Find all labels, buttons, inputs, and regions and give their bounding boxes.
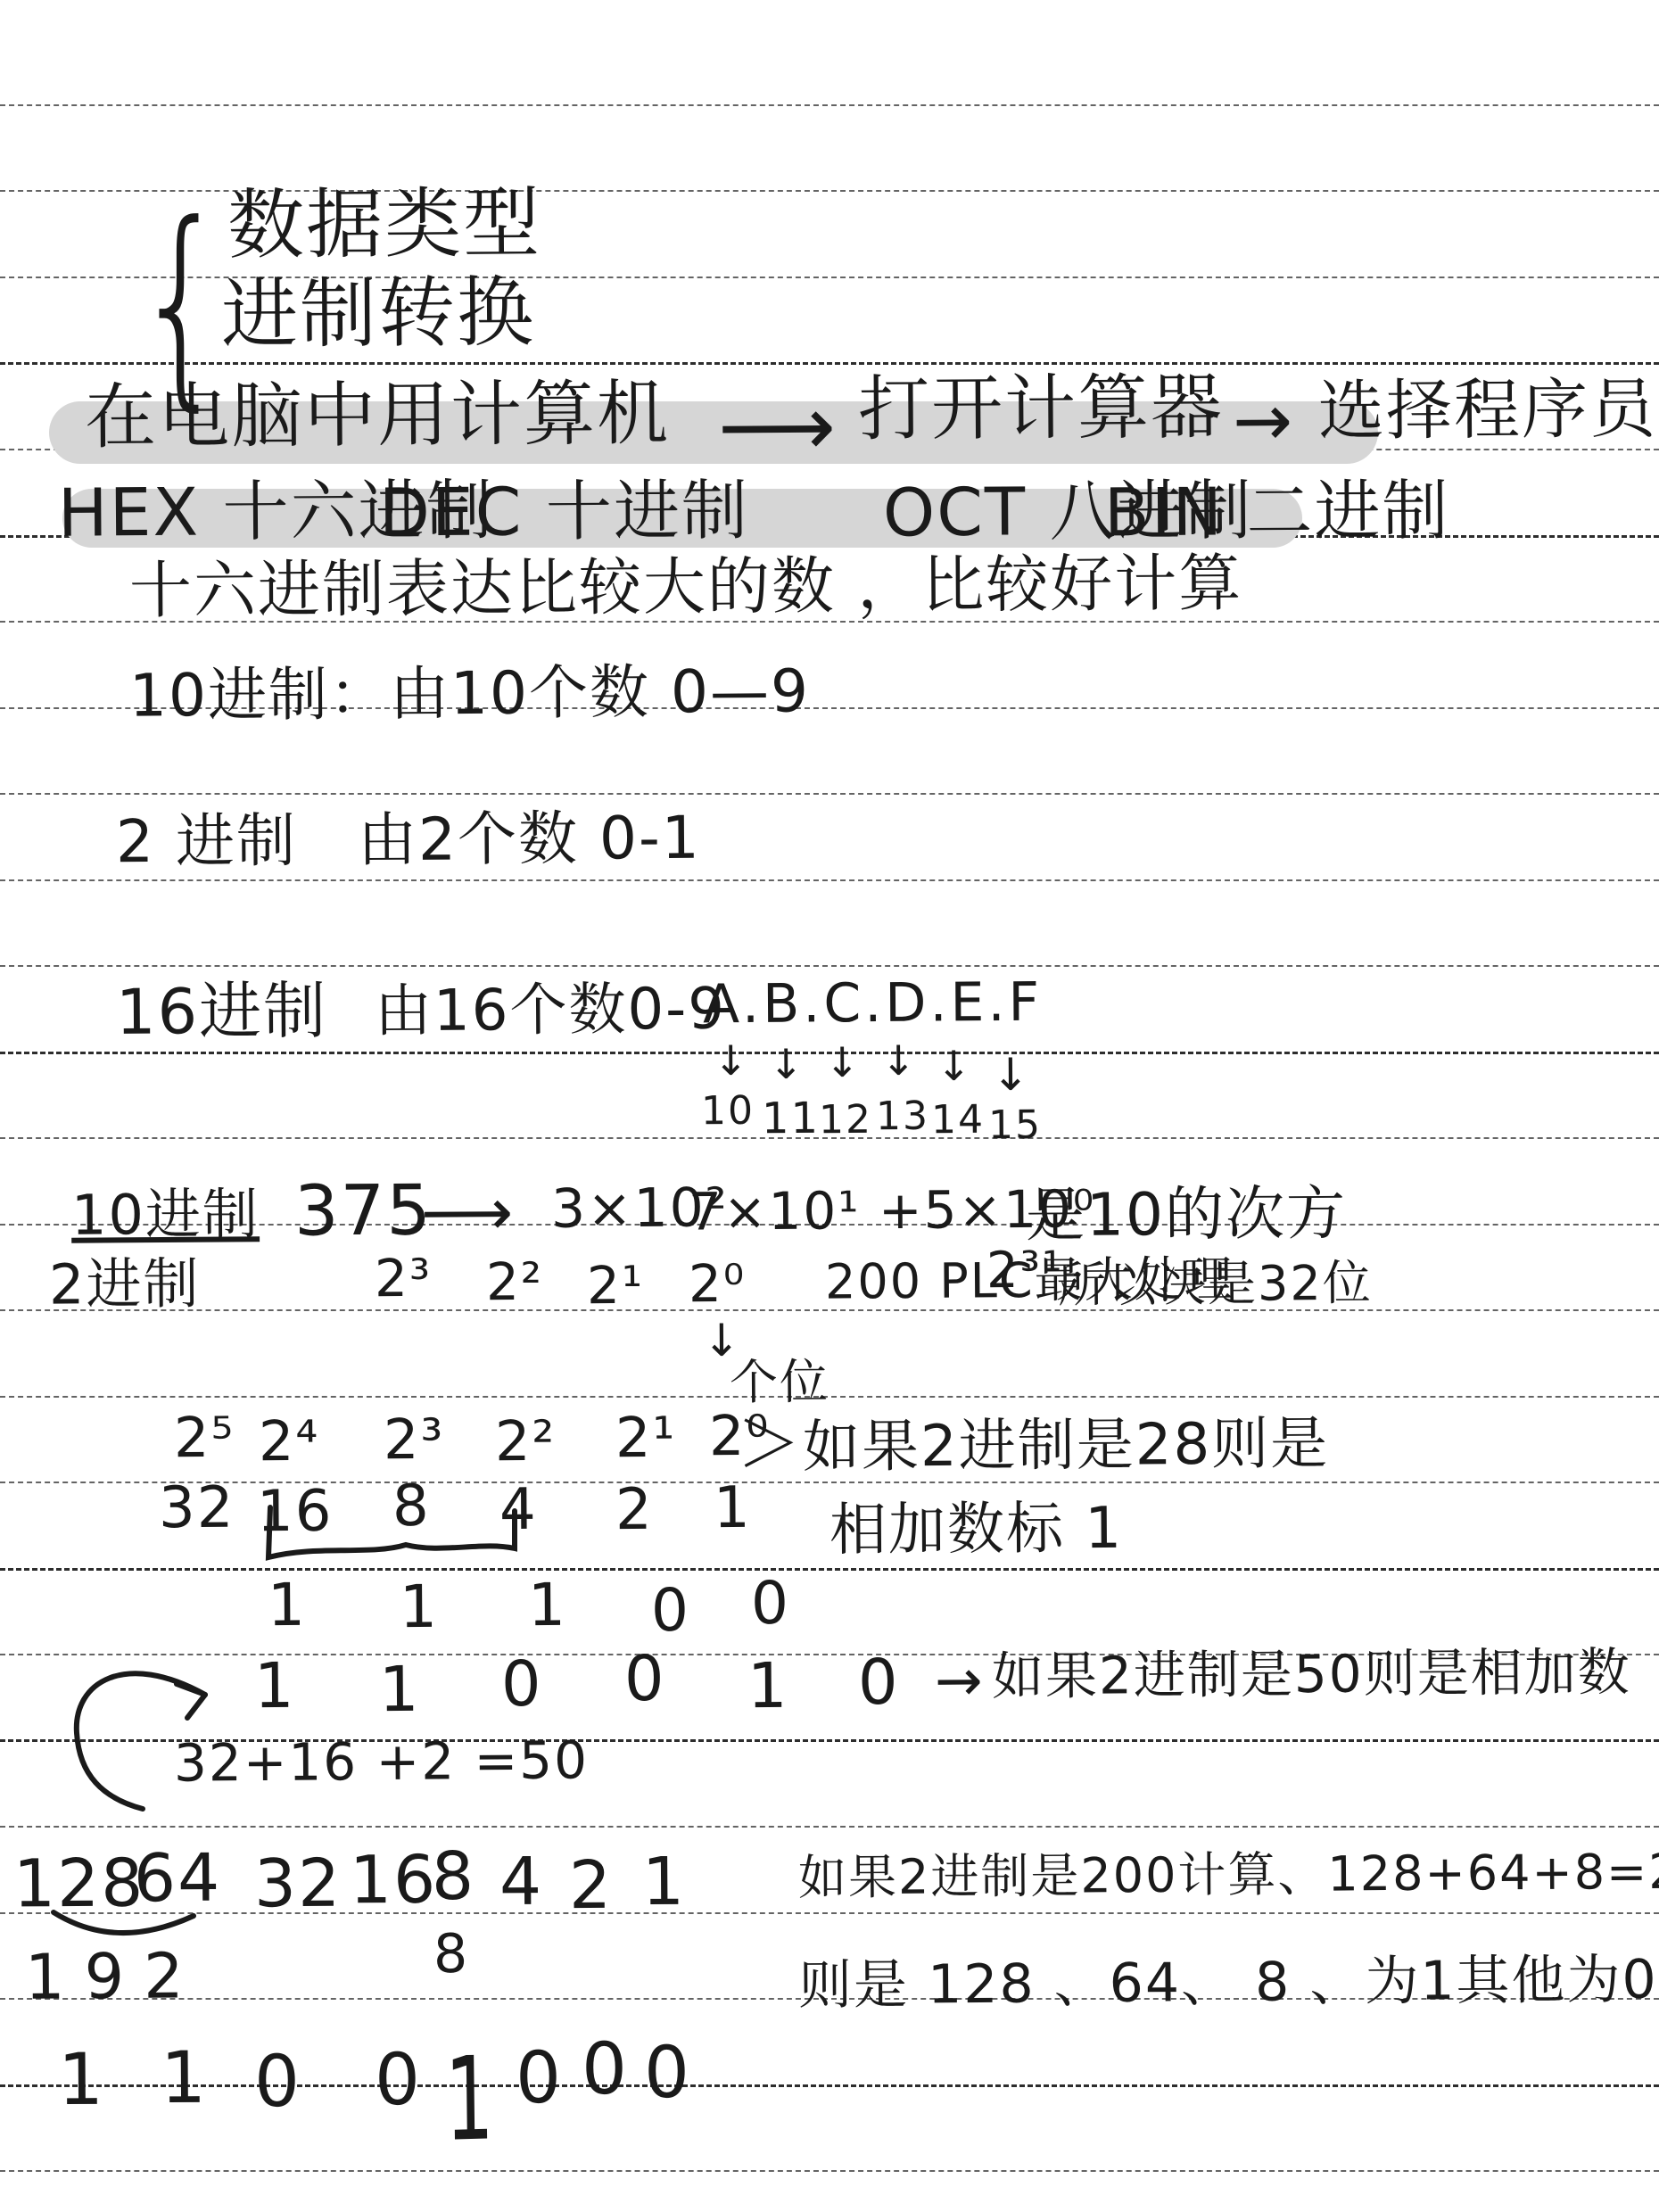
base16-letters: A.B.C.D.E.F bbox=[703, 973, 1043, 1035]
bit-50: 0 bbox=[501, 1650, 543, 1719]
ruled-line bbox=[0, 1826, 1659, 1828]
long-arrow-icon: ⟶ bbox=[718, 382, 838, 473]
ruled-line bbox=[0, 1568, 1659, 1571]
hex-letter-value: 15 bbox=[988, 1104, 1042, 1148]
down-arrow-icon: ↓ bbox=[825, 1040, 862, 1085]
workflow-step-programmer-mode: 选择程序员 bbox=[1318, 374, 1658, 449]
hex-letter-value: 11 bbox=[762, 1095, 820, 1143]
down-arrow-icon: ↓ bbox=[769, 1042, 805, 1087]
bit-200: 1 bbox=[58, 2041, 106, 2119]
dec-example-note: 是10的次方 bbox=[1026, 1182, 1347, 1249]
bit-50: 1 bbox=[747, 1652, 789, 1721]
sub-8: 8 bbox=[433, 1925, 470, 1984]
bin-power: 2¹ bbox=[587, 1258, 645, 1315]
sum-192: 192 bbox=[25, 1942, 203, 2011]
plc-power: 2³¹ bbox=[986, 1243, 1064, 1299]
bit-50: 1 bbox=[379, 1655, 421, 1724]
ruled-line bbox=[0, 879, 1659, 881]
weight-header: 32 bbox=[254, 1848, 343, 1921]
hex-letter-value: 14 bbox=[931, 1099, 985, 1143]
bit-200: 0 bbox=[375, 2041, 423, 2119]
plc-note-2: 所以决是32位 bbox=[1058, 1257, 1373, 1312]
weight-header: 4 bbox=[499, 1846, 544, 1919]
base-bin-label: BIN 二进制 bbox=[1104, 475, 1450, 550]
outline-item-data-types: 数据类型 bbox=[227, 182, 542, 268]
pow2-header: 2⁵ bbox=[174, 1407, 235, 1469]
angle-mark: ＞ bbox=[737, 1409, 804, 1481]
dec-example-label: 10进制 bbox=[71, 1184, 260, 1246]
ruled-line bbox=[0, 1912, 1659, 1914]
bit-200: 0 bbox=[254, 2043, 302, 2121]
bin-power: 2³ bbox=[375, 1250, 433, 1308]
bit-50: 0 bbox=[624, 1645, 666, 1713]
ruled-line bbox=[0, 793, 1659, 795]
bit-28: 0 bbox=[751, 1572, 791, 1637]
bit-50: 0 bbox=[858, 1648, 900, 1717]
weight-header: 8 bbox=[432, 1841, 476, 1914]
pow2-header: 2¹ bbox=[615, 1407, 677, 1469]
note-28-line2: 相加数标 1 bbox=[829, 1498, 1124, 1563]
base-dec-label: DEC 十进制 bbox=[379, 475, 749, 550]
ruled-line bbox=[0, 362, 1659, 365]
note-50: 如果2进制是50则是相加数 bbox=[992, 1644, 1631, 1705]
workflow-step-open-calculator: 打开计算器 bbox=[858, 368, 1225, 450]
weight-header: 16 bbox=[350, 1845, 438, 1918]
pow2-header: 2⁴ bbox=[259, 1411, 320, 1473]
sum-50: 32+16 +2 =50 bbox=[174, 1732, 589, 1792]
page: { "page": { "bg": "#ffffff", "ink": "#1a… bbox=[0, 0, 1659, 2212]
bin-row-label: 2进制 bbox=[49, 1253, 201, 1315]
outline-item-base-conversion: 进制转换 bbox=[221, 271, 536, 358]
hex-letter-value: 13 bbox=[876, 1095, 929, 1139]
note-28-line1: 如果2进制是28则是 bbox=[803, 1413, 1330, 1480]
hex-letter-value: 12 bbox=[819, 1099, 872, 1143]
ruled-line bbox=[0, 1482, 1659, 1483]
ruled-line bbox=[0, 104, 1659, 106]
arrow-icon: → bbox=[935, 1650, 985, 1713]
down-arrow-icon: ↓ bbox=[714, 1038, 750, 1084]
bit-200-tall: 1 bbox=[444, 2036, 496, 2164]
weight-header: 2 bbox=[569, 1850, 614, 1923]
weight-header: 1 bbox=[642, 1846, 687, 1919]
ruled-line bbox=[0, 2170, 1659, 2172]
note-200-line1: 如果2进制是200计算、128+64+8=200 bbox=[798, 1845, 1659, 1904]
bit-28: 1 bbox=[268, 1573, 308, 1638]
bit-200: 1 bbox=[161, 2039, 209, 2117]
bit-50: 1 bbox=[254, 1652, 296, 1721]
hex-letter-value: 10 bbox=[701, 1090, 755, 1134]
bit-200: 0 bbox=[644, 2034, 692, 2112]
note-200-line2: 则是 128 、64、 8 、为1其他为0 bbox=[798, 1951, 1658, 2016]
pow2-value: 32 bbox=[159, 1477, 235, 1540]
pow2-header: 2³ bbox=[384, 1409, 445, 1471]
down-arrow-icon: ↓ bbox=[937, 1044, 973, 1089]
bit-200: 0 bbox=[516, 2039, 564, 2117]
bit-28: 1 bbox=[528, 1573, 568, 1638]
ruled-line bbox=[0, 2084, 1659, 2087]
bin-power: 2⁰ bbox=[689, 1256, 747, 1313]
workflow-step-computer: 在电脑中用计算机 bbox=[85, 375, 671, 458]
ones-place-label: 个位 bbox=[730, 1356, 829, 1409]
arrow-icon: → bbox=[1233, 382, 1295, 460]
pow2-value: 1 bbox=[714, 1477, 752, 1540]
hex-note: 十六进制表达比较大的数 ，比较好计算 bbox=[129, 549, 1243, 626]
long-arrow-icon: ⟶ bbox=[421, 1177, 516, 1249]
pow2-value: 2 bbox=[615, 1479, 654, 1542]
sum-bracket-stroke bbox=[263, 1506, 531, 1572]
base10-note: 10进制：由10个数 0—9 bbox=[129, 659, 810, 729]
down-arrow-icon: ↓ bbox=[881, 1038, 918, 1084]
pow2-header: 2² bbox=[495, 1411, 557, 1473]
dec-example-number: 375 bbox=[294, 1173, 433, 1250]
bin-power: 2² bbox=[486, 1254, 544, 1311]
bit-200: 0 bbox=[582, 2030, 630, 2109]
base2-note: 2 进制 由2个数 0-1 bbox=[116, 806, 701, 875]
base16-desc: 由16个数0-9 bbox=[375, 978, 726, 1044]
down-arrow-icon: ↓ bbox=[992, 1051, 1031, 1100]
ruled-line bbox=[0, 965, 1659, 967]
base16-label: 16进制 bbox=[116, 977, 328, 1047]
bit-28: 1 bbox=[400, 1575, 440, 1640]
bit-28: 0 bbox=[651, 1579, 691, 1644]
